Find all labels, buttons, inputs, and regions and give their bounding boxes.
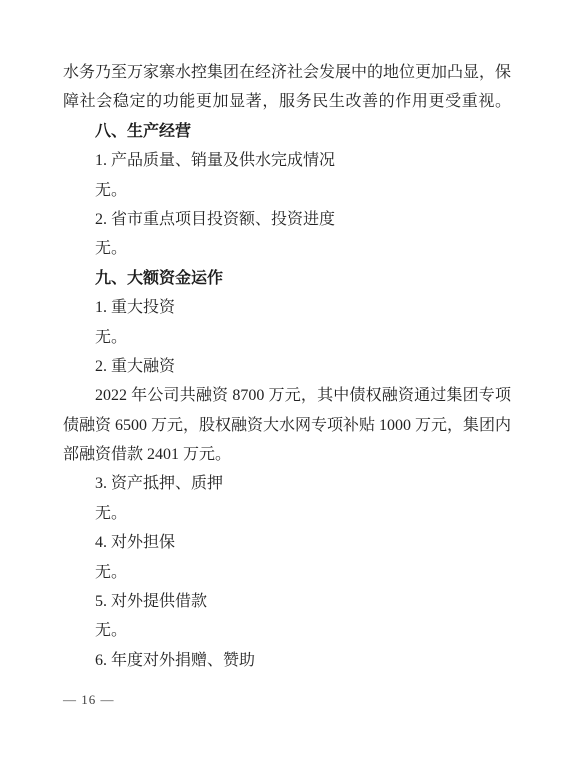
list-item-line: 2. 重大融资 <box>63 352 511 381</box>
body-text-line: 部融资借款 2401 万元。 <box>63 440 511 469</box>
list-item-line: 3. 资产抵押、质押 <box>63 469 511 498</box>
body-text-line: 债融资 6500 万元，股权融资大水网专项补贴 1000 万元，集团内 <box>63 411 511 440</box>
list-item-line: 5. 对外提供借款 <box>63 587 511 616</box>
document-body: 水务乃至万家寨水控集团在经济社会发展中的地位更加凸显，保 障社会稳定的功能更加显… <box>63 58 511 675</box>
body-text-line: 无。 <box>63 323 511 352</box>
body-text-line: 无。 <box>63 558 511 587</box>
list-item-line: 2. 省市重点项目投资额、投资进度 <box>63 205 511 234</box>
body-text-line: 无。 <box>63 176 511 205</box>
body-text-line: 无。 <box>63 616 511 645</box>
body-text-line: 无。 <box>63 234 511 263</box>
list-item-line: 1. 产品质量、销量及供水完成情况 <box>63 146 511 175</box>
list-item-line: 6. 年度对外捐赠、赞助 <box>63 646 511 675</box>
page-number: — 16 — <box>63 692 115 708</box>
body-text-line: 水务乃至万家寨水控集团在经济社会发展中的地位更加凸显，保 <box>63 58 511 87</box>
list-item-line: 4. 对外担保 <box>63 528 511 557</box>
section-heading: 九、大额资金运作 <box>63 264 511 293</box>
body-text-line: 障社会稳定的功能更加显著，服务民生改善的作用更受重视。 <box>63 87 511 116</box>
document-page: 水务乃至万家寨水控集团在经济社会发展中的地位更加凸显，保 障社会稳定的功能更加显… <box>0 0 572 774</box>
body-text-line: 无。 <box>63 499 511 528</box>
body-text-line: 2022 年公司共融资 8700 万元，其中债权融资通过集团专项 <box>63 381 511 410</box>
list-item-line: 1. 重大投资 <box>63 293 511 322</box>
section-heading: 八、生产经营 <box>63 117 511 146</box>
